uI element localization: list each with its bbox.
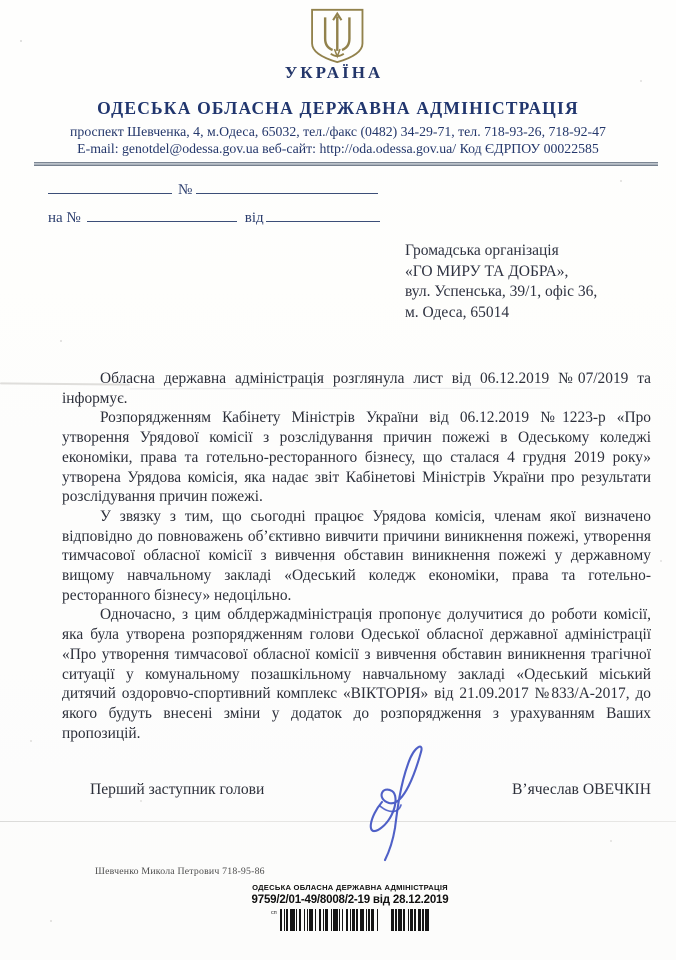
stamp-reg-number: 9759/2/01-49/8008/2-19 від 28.12.2019 (222, 894, 478, 906)
letter-body: Обласна державна адміністрація розглянул… (62, 369, 651, 743)
paper-fold-line (0, 821, 676, 822)
ukraine-trident-emblem (301, 8, 373, 64)
outgoing-date-blank (48, 178, 172, 194)
recipient-line: м. Одеса, 65014 (405, 303, 597, 324)
reply-reference-row: на №від (48, 206, 380, 227)
body-paragraph: Одночасно, з цим облдержадміністрація пр… (62, 605, 651, 743)
barcode-prefix: сп (271, 910, 277, 916)
body-paragraph: Розпорядженням Кабінету Міністрів Україн… (62, 408, 651, 507)
contact-line: E-mail: genotdel@odessa.gov.ua веб-сайт:… (0, 141, 676, 157)
country-name: УКРАЇНА (0, 63, 668, 83)
outgoing-number-blank (196, 178, 378, 194)
signer-position: Перший заступник голови (90, 781, 264, 799)
organization-name: ОДЕСЬКА ОБЛАСНА ДЕРЖАВНА АДМІНІСТРАЦІЯ (0, 98, 676, 119)
reply-label: на № (48, 210, 81, 226)
recipient-block: Громадська організація«ГО МИРУ ТА ДОБРА»… (405, 241, 597, 323)
scanned-letter-page: УКРАЇНА ОДЕСЬКА ОБЛАСНА ДЕРЖАВНА АДМІНІС… (0, 0, 676, 960)
reply-date-blank (266, 206, 380, 222)
reference-number-row: № (48, 178, 378, 199)
stamp-org-name: ОДЕСЬКА ОБЛАСНА ДЕРЖАВНА АДМІНІСТРАЦІЯ (222, 883, 478, 892)
recipient-line: Громадська організація (405, 241, 597, 262)
recipient-line: «ГО МИРУ ТА ДОБРА», (405, 262, 597, 283)
registration-stamp: ОДЕСЬКА ОБЛАСНА ДЕРЖАВНА АДМІНІСТРАЦІЯ 9… (222, 883, 478, 931)
reply-number-blank (87, 206, 237, 222)
number-label: № (178, 182, 192, 198)
handwritten-signature (348, 740, 452, 864)
address-line: проспект Шевченка, 4, м.Одеса, 65032, те… (0, 124, 676, 140)
header-divider (34, 162, 658, 166)
scan-speckles (20, 40, 22, 42)
body-paragraph: У звязку з тим, що сьогодні працює Урядо… (62, 507, 651, 606)
date-label: від (245, 210, 264, 226)
signer-name: В’ячеслав ОВЕЧКІН (512, 781, 651, 799)
recipient-line: вул. Успенська, 39/1, офіс 36, (405, 282, 597, 303)
executor-contact: Шевченко Микола Петрович 718-95-86 (95, 866, 265, 877)
barcode-row: сп (222, 909, 478, 931)
barcode (280, 909, 429, 931)
